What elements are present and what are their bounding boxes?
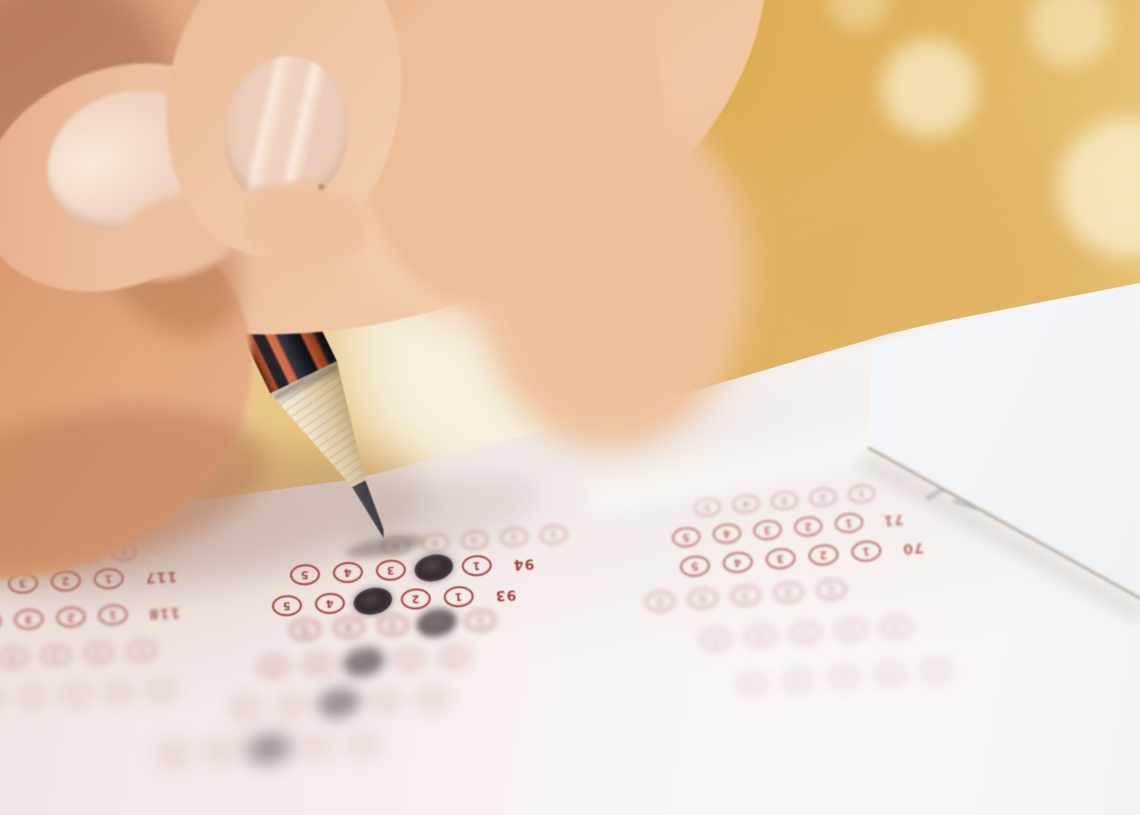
bokeh-circle: [876, 34, 984, 142]
bokeh-circle: [1024, 0, 1116, 71]
bokeh-circle: [1050, 110, 1140, 266]
bokeh-circle: [824, 0, 892, 34]
exam-photo-scene: 5432154321117543211185432154321543215431…: [0, 0, 1140, 815]
